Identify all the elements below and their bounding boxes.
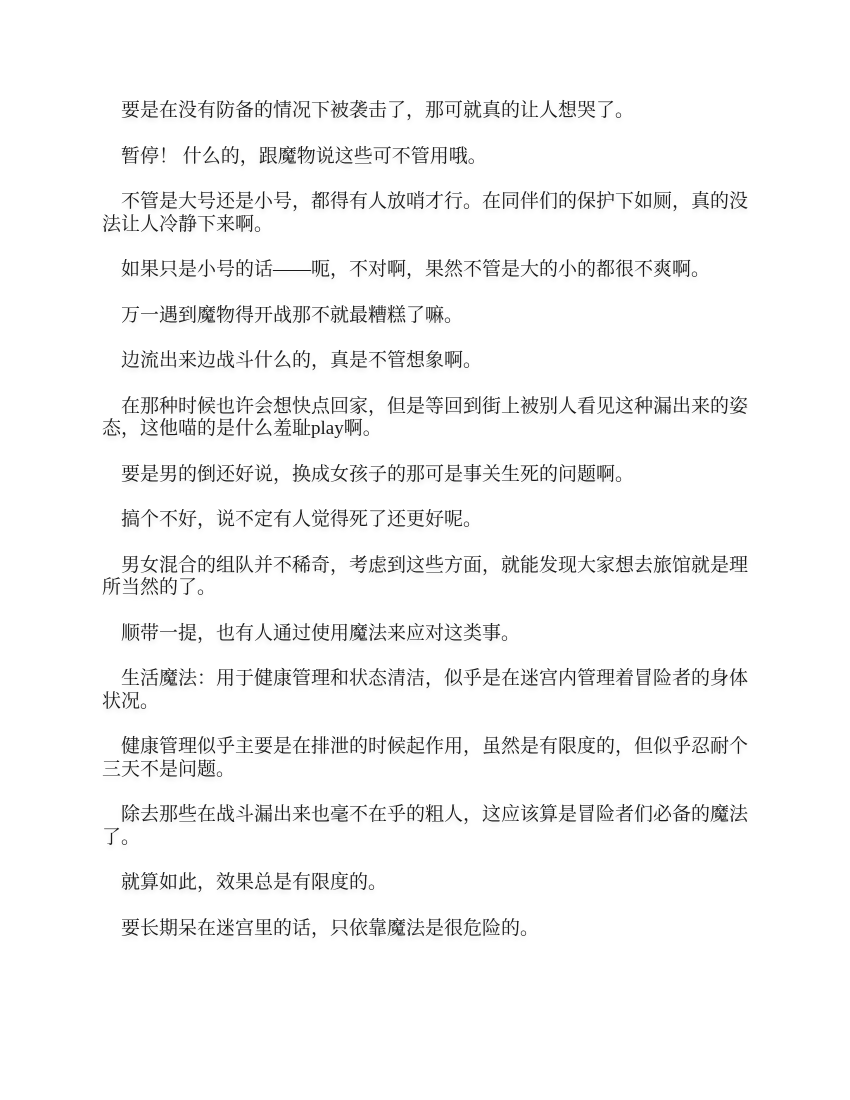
- paragraph: 要长期呆在迷宫里的话，只依靠魔法是很危险的。: [102, 918, 750, 941]
- paragraph: 就算如此，效果总是有限度的。: [102, 872, 750, 895]
- paragraph: 男女混合的组队并不稀奇，考虑到这些方面，就能发现大家想去旅馆就是理所当然的了。: [102, 555, 750, 600]
- paragraph: 在那种时候也许会想快点回家，但是等回到街上被别人看见这种漏出来的姿态，这他喵的是…: [102, 396, 750, 441]
- paragraph: 健康管理似乎主要是在排泄的时候起作用，虽然是有限度的，但似乎忍耐个三天不是问题。: [102, 736, 750, 781]
- paragraph: 如果只是小号的话——呃，不对啊，果然不管是大的小的都很不爽啊。: [102, 259, 750, 282]
- paragraph: 生活魔法：用于健康管理和状态清洁，似乎是在迷宫内管理着冒险者的身体状况。: [102, 668, 750, 713]
- paragraph: 除去那些在战斗漏出来也毫不在乎的粗人，这应该算是冒险者们必备的魔法了。: [102, 804, 750, 849]
- paragraph: 顺带一提，也有人通过使用魔法来应对这类事。: [102, 623, 750, 646]
- paragraph: 万一遇到魔物得开战那不就最糟糕了嘛。: [102, 305, 750, 328]
- document-page: 要是在没有防备的情况下被袭击了，那可就真的让人想哭了。 暂停！ 什么的，跟魔物说…: [102, 100, 750, 963]
- paragraph: 要是男的倒还好说，换成女孩子的那可是事关生死的问题啊。: [102, 464, 750, 487]
- paragraph: 不管是大号还是小号，都得有人放哨才行。在同伴们的保护下如厕，真的没法让人冷静下来…: [102, 191, 750, 236]
- paragraph: 要是在没有防备的情况下被袭击了，那可就真的让人想哭了。: [102, 100, 750, 123]
- paragraph: 边流出来边战斗什么的，真是不管想象啊。: [102, 350, 750, 373]
- paragraph: 暂停！ 什么的，跟魔物说这些可不管用哦。: [102, 146, 750, 169]
- paragraph: 搞个不好，说不定有人觉得死了还更好呢。: [102, 509, 750, 532]
